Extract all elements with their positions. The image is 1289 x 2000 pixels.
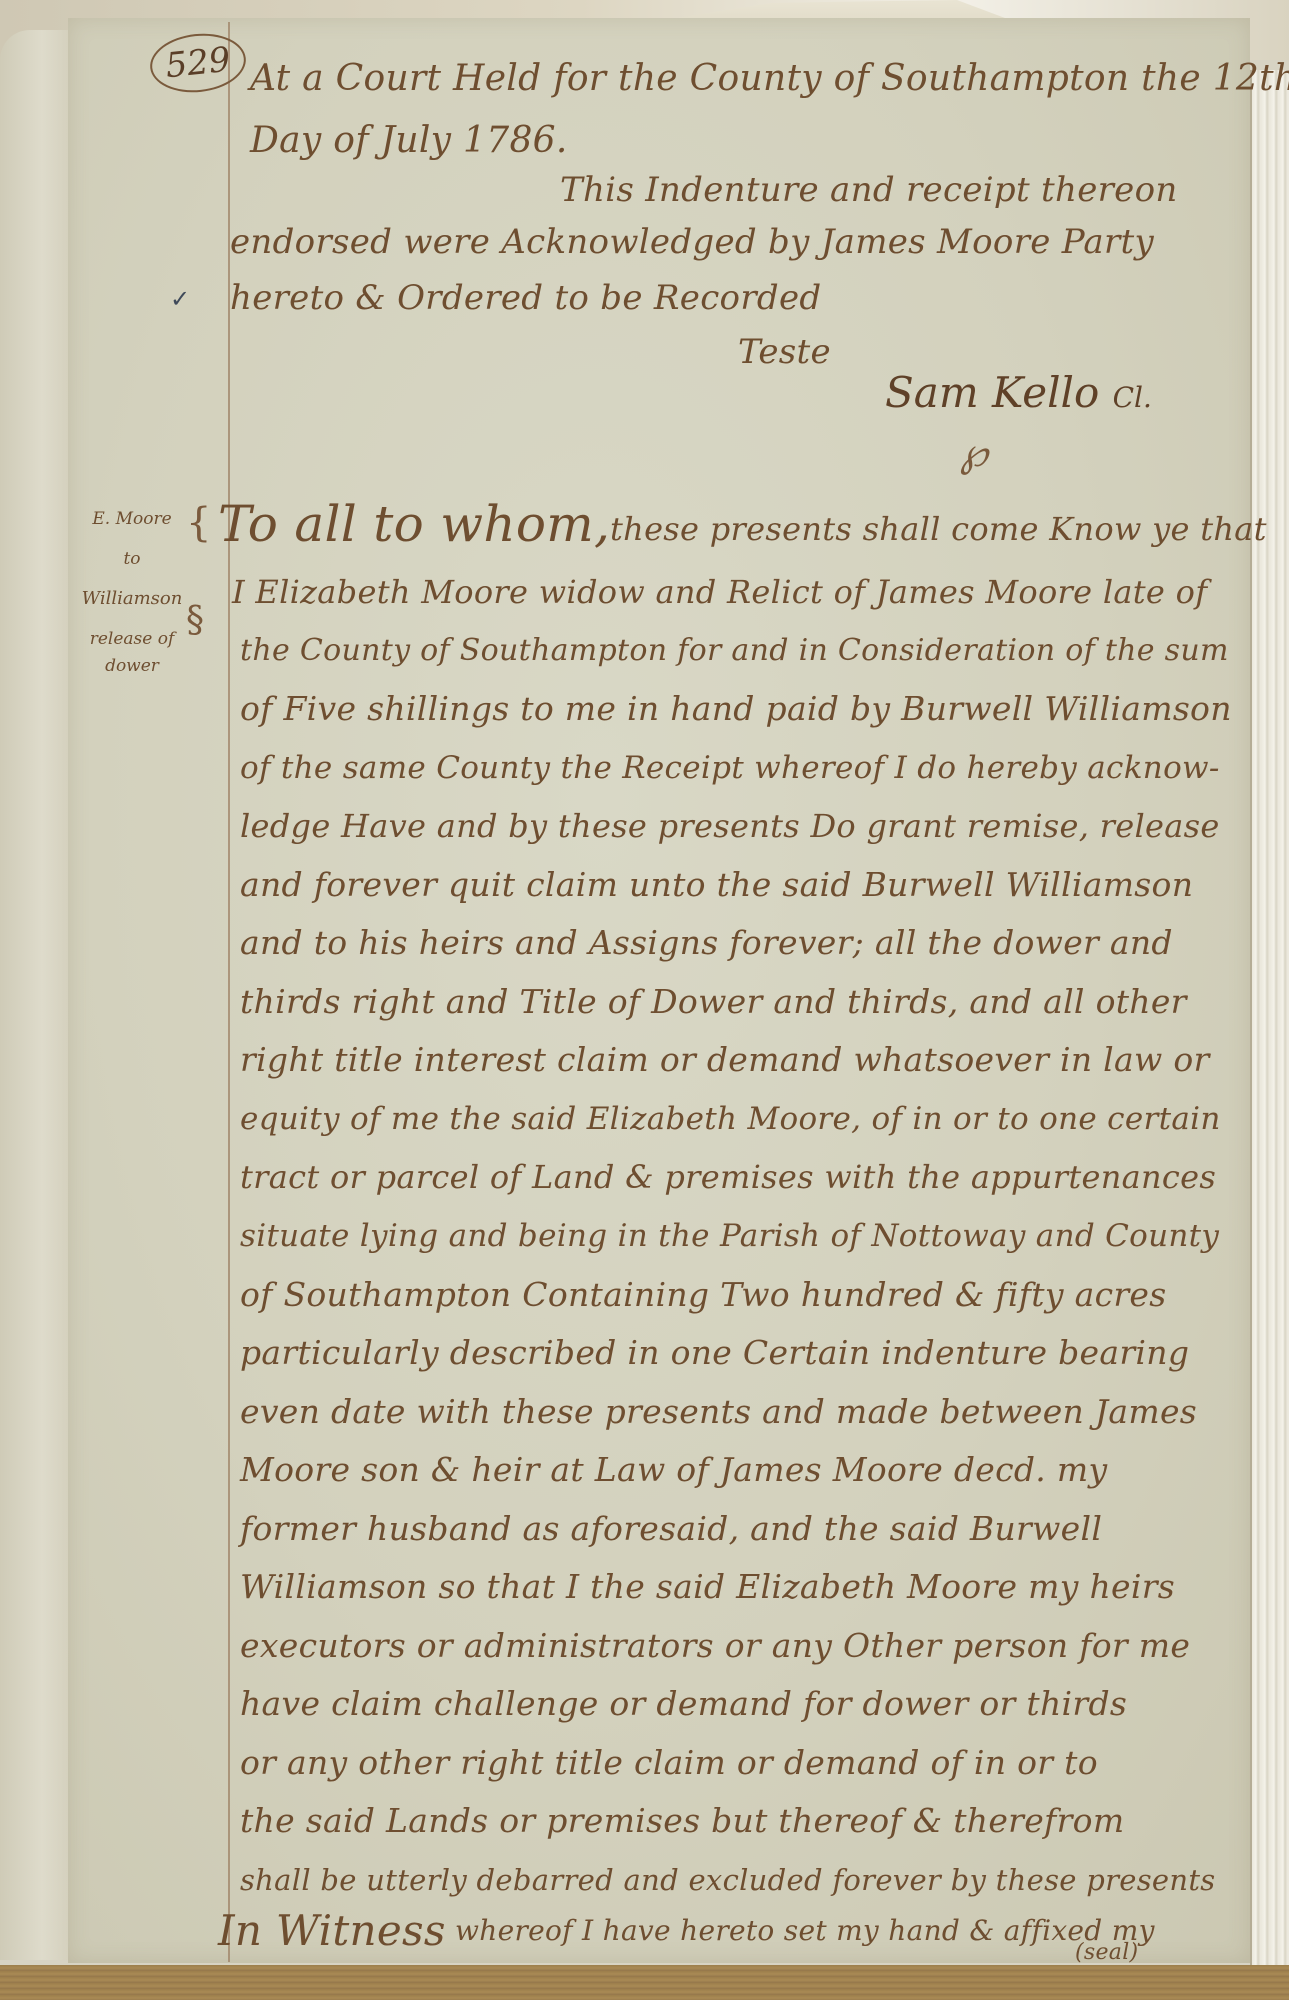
deed-line-15: particularly described in one Certain in… — [240, 1333, 1189, 1373]
margin-note-line-2: to — [72, 548, 192, 570]
deed-line-12: tract or parcel of Land & premises with … — [240, 1157, 1216, 1197]
court-entry-line-2: Day of July 1786. — [250, 120, 568, 161]
brace-icon: { — [186, 500, 211, 546]
deed-line-5: of the same County the Receipt whereof I… — [240, 748, 1220, 788]
deed-line-4: of Five shillings to me in hand paid by … — [240, 689, 1232, 729]
deed-line-8: and to his heirs and Assigns forever; al… — [240, 923, 1173, 963]
margin-note-line-4: release of — [72, 628, 192, 650]
wooden-table — [0, 1965, 1289, 2000]
deed-line-2: I Elizabeth Moore widow and Relict of Ja… — [232, 572, 1207, 612]
court-entry-line-1: At a Court Held for the County of Southa… — [250, 58, 1289, 99]
page-block-edge — [1250, 70, 1289, 1965]
deed-line-19: Williamson so that I the said Elizabeth … — [240, 1567, 1175, 1607]
deed-line-1: these presents shall come Know ye that — [610, 510, 1267, 548]
margin-note-line-3: Williamson — [72, 588, 192, 610]
clerk-signature: Sam Kello Cl. — [885, 368, 1152, 417]
deed-line-23: the said Lands or premises but thereof &… — [240, 1801, 1124, 1841]
deed-line-10: right title interest claim or demand wha… — [240, 1040, 1210, 1080]
clerk-signature-suffix: Cl. — [1113, 381, 1152, 414]
deed-line-14: of Southampton Containing Two hundred & … — [240, 1275, 1167, 1315]
deed-line-18: former husband as aforesaid, and the sai… — [240, 1509, 1102, 1549]
closing-prefix: In Witness — [218, 1906, 446, 1955]
deed-line-7: and forever quit claim unto the said Bur… — [240, 865, 1193, 905]
court-entry-line-4: endorsed were Acknowledged by James Moor… — [230, 222, 1154, 262]
closing-rest: whereof I have hereto set my hand & affi… — [455, 1914, 1155, 1947]
court-entry-line-5: hereto & Ordered to be Recorded — [230, 278, 821, 318]
check-mark-icon: ✓ — [170, 285, 190, 313]
deed-line-20: executors or administrators or any Other… — [240, 1626, 1190, 1666]
signature-flourish-icon: ℘ — [960, 430, 988, 476]
brace-icon-2: § — [186, 600, 204, 641]
deed-line-13: situate lying and being in the Parish of… — [240, 1216, 1219, 1256]
left-page-edge — [0, 30, 70, 1960]
deed-line-3: the County of Southampton for and in Con… — [240, 631, 1229, 671]
margin-note-line-1: E. Moore — [72, 508, 192, 530]
deed-line-22: or any other right title claim or demand… — [240, 1743, 1098, 1783]
deed-line-11: equity of me the said Elizabeth Moore, o… — [240, 1099, 1221, 1139]
deed-line-16: even date with these presents and made b… — [240, 1392, 1197, 1432]
deed-line-24: shall be utterly debarred and excluded f… — [240, 1860, 1215, 1900]
deed-line-9: thirds right and Title of Dower and thir… — [240, 982, 1187, 1022]
seal-label: (seal) — [1075, 1940, 1138, 1965]
court-entry-line-3: This Indenture and receipt thereon — [560, 170, 1178, 210]
deed-line-6: ledge Have and by these presents Do gran… — [240, 806, 1220, 846]
clerk-signature-name: Sam Kello — [885, 368, 1099, 417]
deed-line-21: have claim challenge or demand for dower… — [240, 1684, 1127, 1724]
deed-opening: To all to whom, — [218, 495, 610, 553]
teste-label: Teste — [738, 332, 831, 372]
deed-line-17: Moore son & heir at Law of James Moore d… — [240, 1450, 1107, 1490]
margin-note-line-5: dower — [72, 655, 192, 677]
